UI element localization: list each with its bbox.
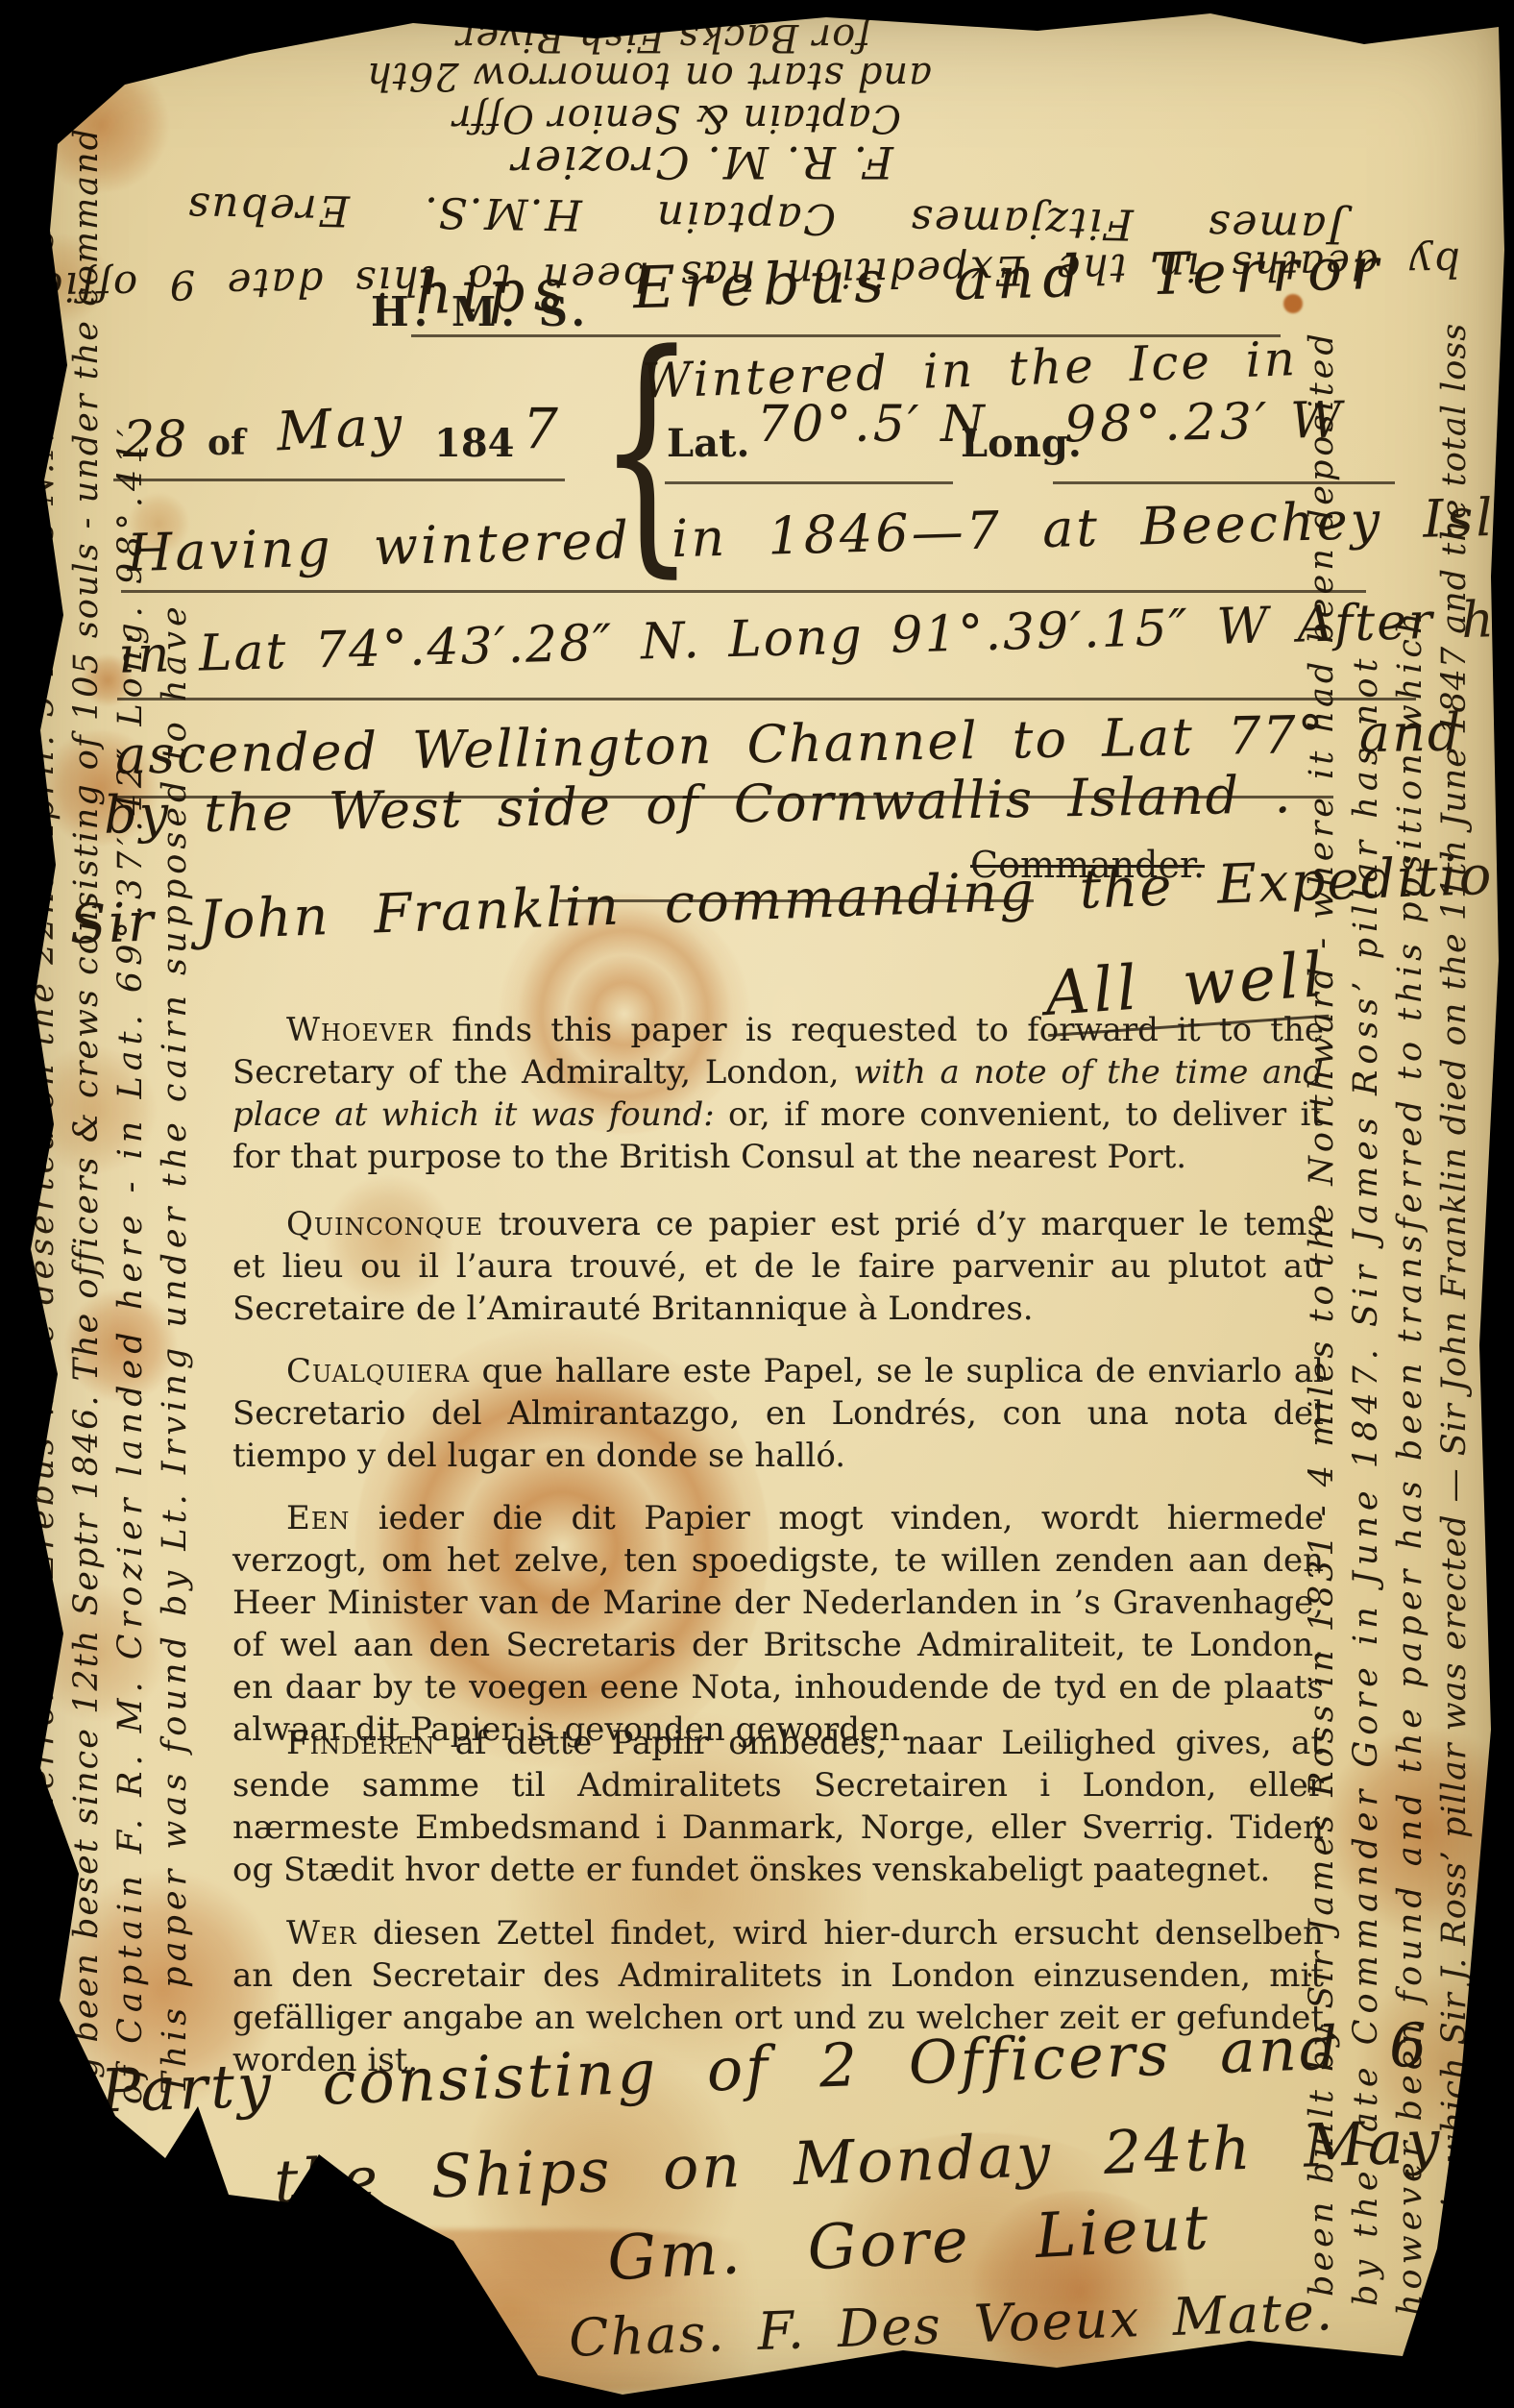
gore-signature: Gm. Gore Lieut — [605, 2193, 1212, 2296]
margin-note-left-2: having been beset since 12th Septr 1846.… — [67, 202, 111, 2181]
victory-point-note-paper: H. M. S. hips Erebus and Terror { Winter… — [0, 0, 1514, 2408]
paragraph-lead: Whoever — [286, 1011, 433, 1049]
paragraph-lead: Finderen — [286, 1724, 435, 1762]
margin-note-right-4: is that in which Sir J. Ross’ pillar was… — [1435, 240, 1479, 2335]
franklin-signature-line: Sir John Franklin commanding the Expedit… — [68, 843, 1514, 956]
margin-note-left-1: 1848. H M Ships Terror and Erebus were d… — [23, 173, 67, 2172]
lat-label: Lat. — [667, 421, 749, 466]
margin-note-left-4: This paper was found by Lt. Irving under… — [156, 538, 200, 2095]
crozier-title: Captain & Senior Offr — [452, 96, 901, 140]
paragraph-english: Whoever finds this paper is requested to… — [232, 1009, 1324, 1178]
paragraph-lead: Cualquiera — [286, 1352, 470, 1390]
form-rule — [113, 479, 565, 481]
scanned-document-photo: H. M. S. hips Erebus and Terror { Winter… — [0, 0, 1514, 2408]
margin-note-left-3: of Captain F. R. M. Crozier landed here … — [111, 317, 156, 2104]
crozier-signature: F. R. M. Crozier — [510, 136, 893, 188]
form-rule — [665, 481, 953, 484]
paragraph-lead: Een — [286, 1499, 350, 1537]
paragraph-lead: Wer — [286, 1914, 357, 1953]
margin-note-right-1: been built by Sir James Ross in 1831 - 4… — [1303, 317, 1347, 2297]
form-rule — [117, 698, 1416, 700]
lat-value-handwritten: 70°.5′ N — [757, 396, 988, 454]
flipped-note-block: by deaths in the Expedition has been to … — [67, 17, 1470, 306]
flipped-loss-line: by deaths in the Expedition has been to … — [0, 239, 1460, 317]
paragraph-french: Quinconque trouvera ce papier est prié d… — [232, 1203, 1324, 1330]
flipped-start-line: and start on tomorrow 26th — [366, 54, 932, 98]
form-rule — [121, 590, 1366, 593]
fitzjames-signature: James Fitzjames Captain H.M.S. Erebus — [185, 183, 1345, 252]
margin-note-right-2: by the late Commander Gore in June 1847.… — [1347, 288, 1391, 2306]
date-of-label: of — [208, 423, 246, 463]
long-label: Long. — [961, 421, 1082, 466]
paragraph-dutch: Een ieder die dit Papier mogt vinden, wo… — [232, 1497, 1324, 1751]
paragraph-danish: Finderen af dette Papiir ombedes, naar L… — [232, 1722, 1324, 1891]
flipped-start-line: for Backs Fish River — [455, 15, 870, 60]
desvoeux-signature: Chas. F. Des Voeux Mate. — [568, 2281, 1335, 2369]
margin-note-right-3: however been found and the paper has bee… — [1391, 269, 1435, 2316]
paragraph-spanish: Cualquiera que hallare este Papel, se le… — [232, 1350, 1324, 1477]
date-year-digit-handwritten: 7 — [523, 396, 558, 461]
paragraph-lead: Quinconque — [286, 1205, 483, 1243]
date-year-printed: 184 — [434, 421, 515, 466]
paragraph-text: ieder die dit Papier mogt vinden, wordt … — [232, 1499, 1324, 1749]
date-month-handwritten: May — [275, 395, 407, 464]
